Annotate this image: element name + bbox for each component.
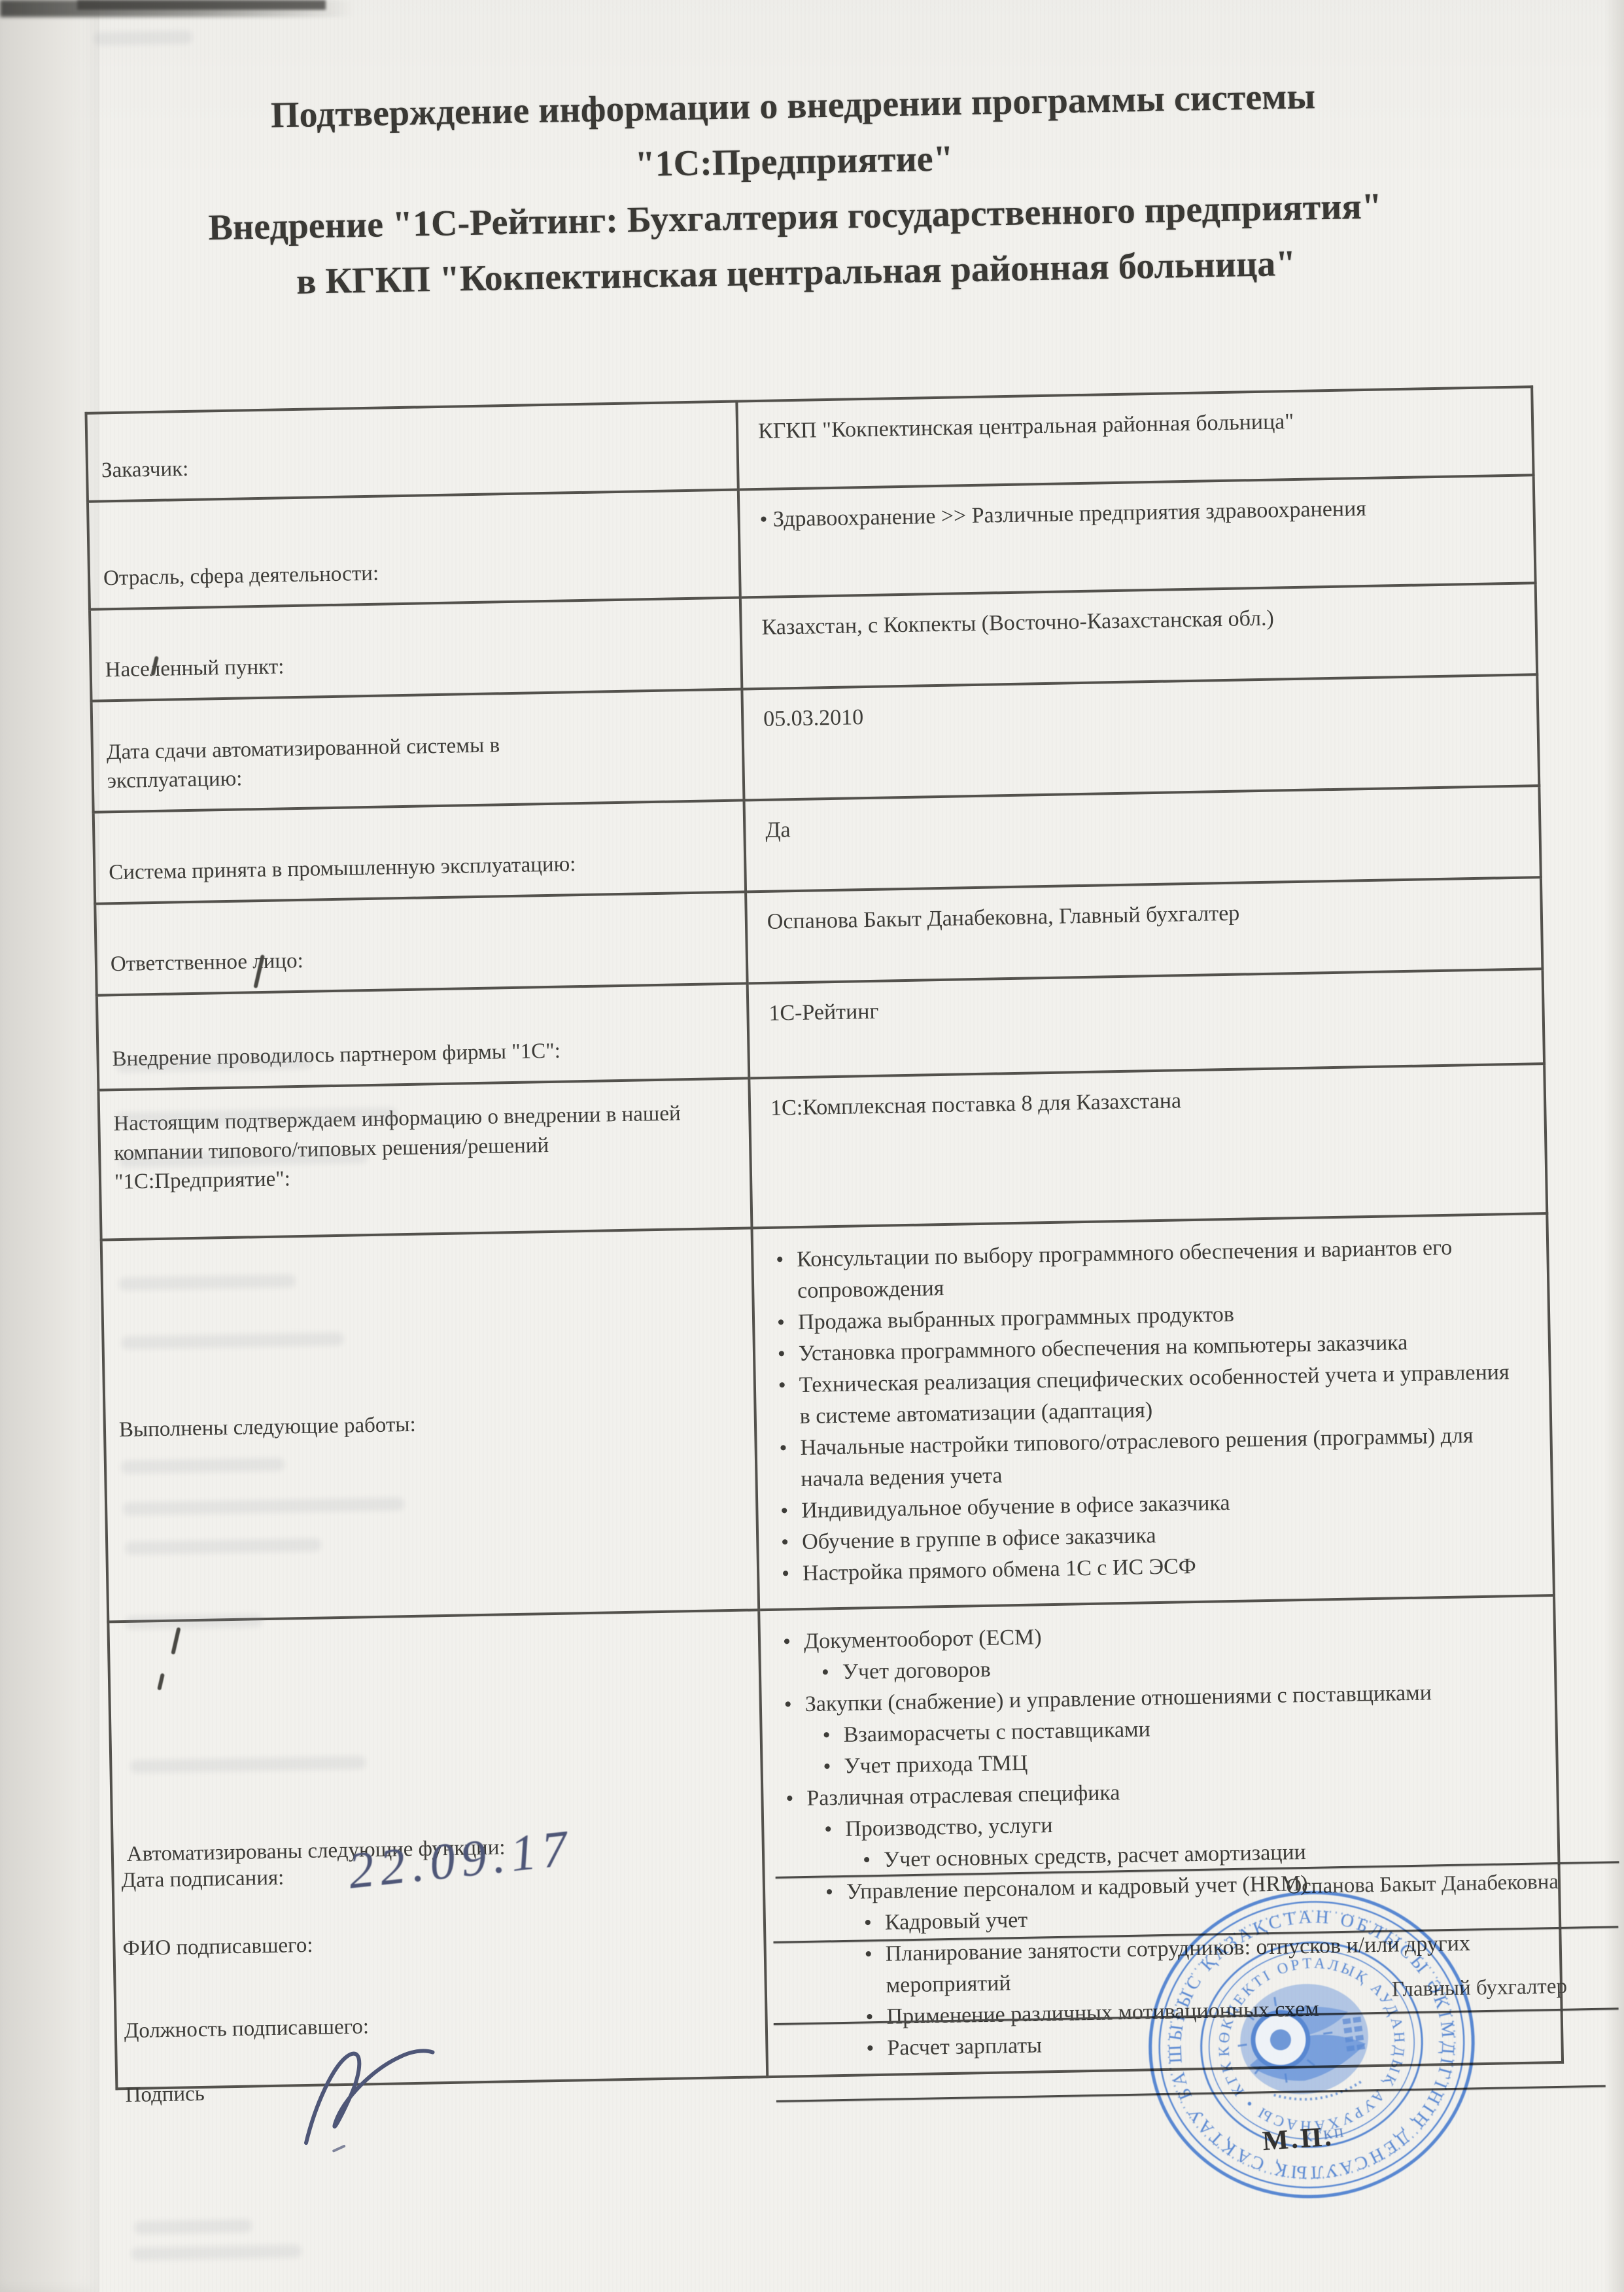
- label-text: Дата сдачи автоматизированной системы в …: [107, 729, 566, 796]
- value-text: КГКП "Кокпектинская центральная районная…: [758, 409, 1294, 443]
- row-value-solution: 1С:Комплексная поставка 8 для Казахстана: [749, 1064, 1547, 1228]
- value-text: 05.03.2010: [763, 705, 864, 731]
- value-text: Казахстан, с Кокпекты (Восточно-Казахста…: [761, 606, 1274, 640]
- list-item-text: Взаиморасчеты с поставщиками: [843, 1717, 1150, 1747]
- list-item-text: Кадровый учет: [885, 1908, 1028, 1935]
- list-item-text: Производство, услуги: [845, 1813, 1053, 1841]
- works-list: Консультации по выбору программного обес…: [773, 1228, 1528, 1590]
- bleed-artifact: [134, 2219, 252, 2234]
- row-value-responsible: Оспанова Бакыт Данабековна, Главный бухг…: [746, 877, 1542, 983]
- list-item-text: Различная отраслевая специфика: [806, 1780, 1120, 1811]
- label-text: Ответственное лицо:: [111, 949, 303, 976]
- handwritten-signature: [294, 2041, 446, 2158]
- scanned-document-page: Подтверждение информации о внедрении про…: [0, 0, 1624, 2292]
- row-label-delivery-date: Дата сдачи автоматизированной системы в …: [92, 689, 744, 812]
- row-label-responsible: Ответственное лицо:: [95, 892, 747, 995]
- table-row-works: Выполнены следующие работы: Консультации…: [101, 1213, 1554, 1622]
- value-text: 1С-Рейтинг: [769, 999, 879, 1026]
- row-value-works: Консультации по выбору программного обес…: [752, 1213, 1554, 1610]
- bleed-artifact: [94, 31, 192, 46]
- label-text: Заказчик:: [101, 457, 189, 482]
- row-label-location: Населенный пункт:: [90, 598, 742, 701]
- value-text: • Здравоохранение >> Различные предприят…: [759, 496, 1366, 532]
- list-item-text: Учет прихода ТМЦ: [844, 1751, 1028, 1779]
- row-value-delivery-date: 05.03.2010: [742, 674, 1539, 800]
- list-item-text: Учет договоров: [842, 1658, 992, 1684]
- list-item-text: Расчет зарплаты: [887, 2033, 1042, 2060]
- row-value-accepted: Да: [744, 786, 1540, 892]
- label-text: Населенный пункт:: [105, 655, 284, 682]
- list-item-text: Документооборот (ECM): [804, 1625, 1042, 1654]
- list-item-text: Обучение в группе в офисе заказчика: [802, 1523, 1156, 1554]
- signature-label: Подпись: [125, 2082, 205, 2108]
- row-label-industry: Отрасль, сфера деятельности:: [88, 490, 740, 610]
- value-text: 1С:Комплексная поставка 8 для Казахстана: [770, 1088, 1182, 1120]
- list-item-text: Индивидуальное обучение в офисе заказчик…: [801, 1491, 1230, 1523]
- signer-position-label: Должность подписавшего:: [124, 2015, 369, 2043]
- bleed-artifact: [131, 2244, 302, 2261]
- row-value-industry: • Здравоохранение >> Различные предприят…: [738, 475, 1536, 597]
- value-text: Оспанова Бакыт Данабековна, Главный бухг…: [767, 901, 1240, 934]
- list-item-text: Настройка прямого обмена 1С с ИС ЭСФ: [803, 1554, 1196, 1586]
- row-value-location: Казахстан, с Кокпекты (Восточно-Казахста…: [740, 583, 1537, 689]
- signer-name-label: ФИО подписавшего:: [122, 1934, 313, 1961]
- list-item-text: Техническая реализация специфических осо…: [799, 1360, 1509, 1429]
- stamp-place-mark: М.П.: [1262, 2121, 1335, 2157]
- list-item-text: Учет основных средств, расчет амортизаци…: [884, 1840, 1306, 1872]
- row-value-partner: 1С-Рейтинг: [748, 969, 1545, 1078]
- signing-date-label: Дата подписания:: [121, 1866, 284, 1894]
- label-text: Выполнены следующие работы:: [119, 1413, 416, 1442]
- round-stamp: ШЫҒЫС ҚАЗАҚСТАН ОБЛЫСЫ ӘКІМДІГІНІҢ ДЕНСА…: [1115, 1857, 1508, 2233]
- document-body: Подтверждение информации о внедрении про…: [0, 0, 1624, 2292]
- list-item-text: Начальные настройки типового/отраслевого…: [800, 1423, 1474, 1491]
- label-text: Система принята в промышленную эксплуата…: [109, 853, 576, 885]
- list-item-text: Продажа выбранных программных продуктов: [798, 1302, 1234, 1334]
- label-text: Отрасль, сфера деятельности:: [103, 562, 379, 591]
- document-title: Подтверждение информации о внедрении про…: [0, 63, 1608, 315]
- row-label-accepted: Система принята в промышленную эксплуата…: [94, 800, 746, 903]
- row-label-partner: Внедрение проводилось партнером фирмы "1…: [97, 983, 749, 1090]
- value-text: Да: [765, 818, 791, 842]
- list-item-text: Консультации по выбору программного обес…: [797, 1236, 1453, 1303]
- implementation-info-table: Заказчик: КГКП "Кокпектинская центральна…: [84, 385, 1564, 2090]
- bleed-artifact: [125, 1614, 262, 1629]
- row-value-customer: КГКП "Кокпектинская центральная районная…: [736, 387, 1533, 489]
- row-label-customer: Заказчик:: [86, 402, 738, 502]
